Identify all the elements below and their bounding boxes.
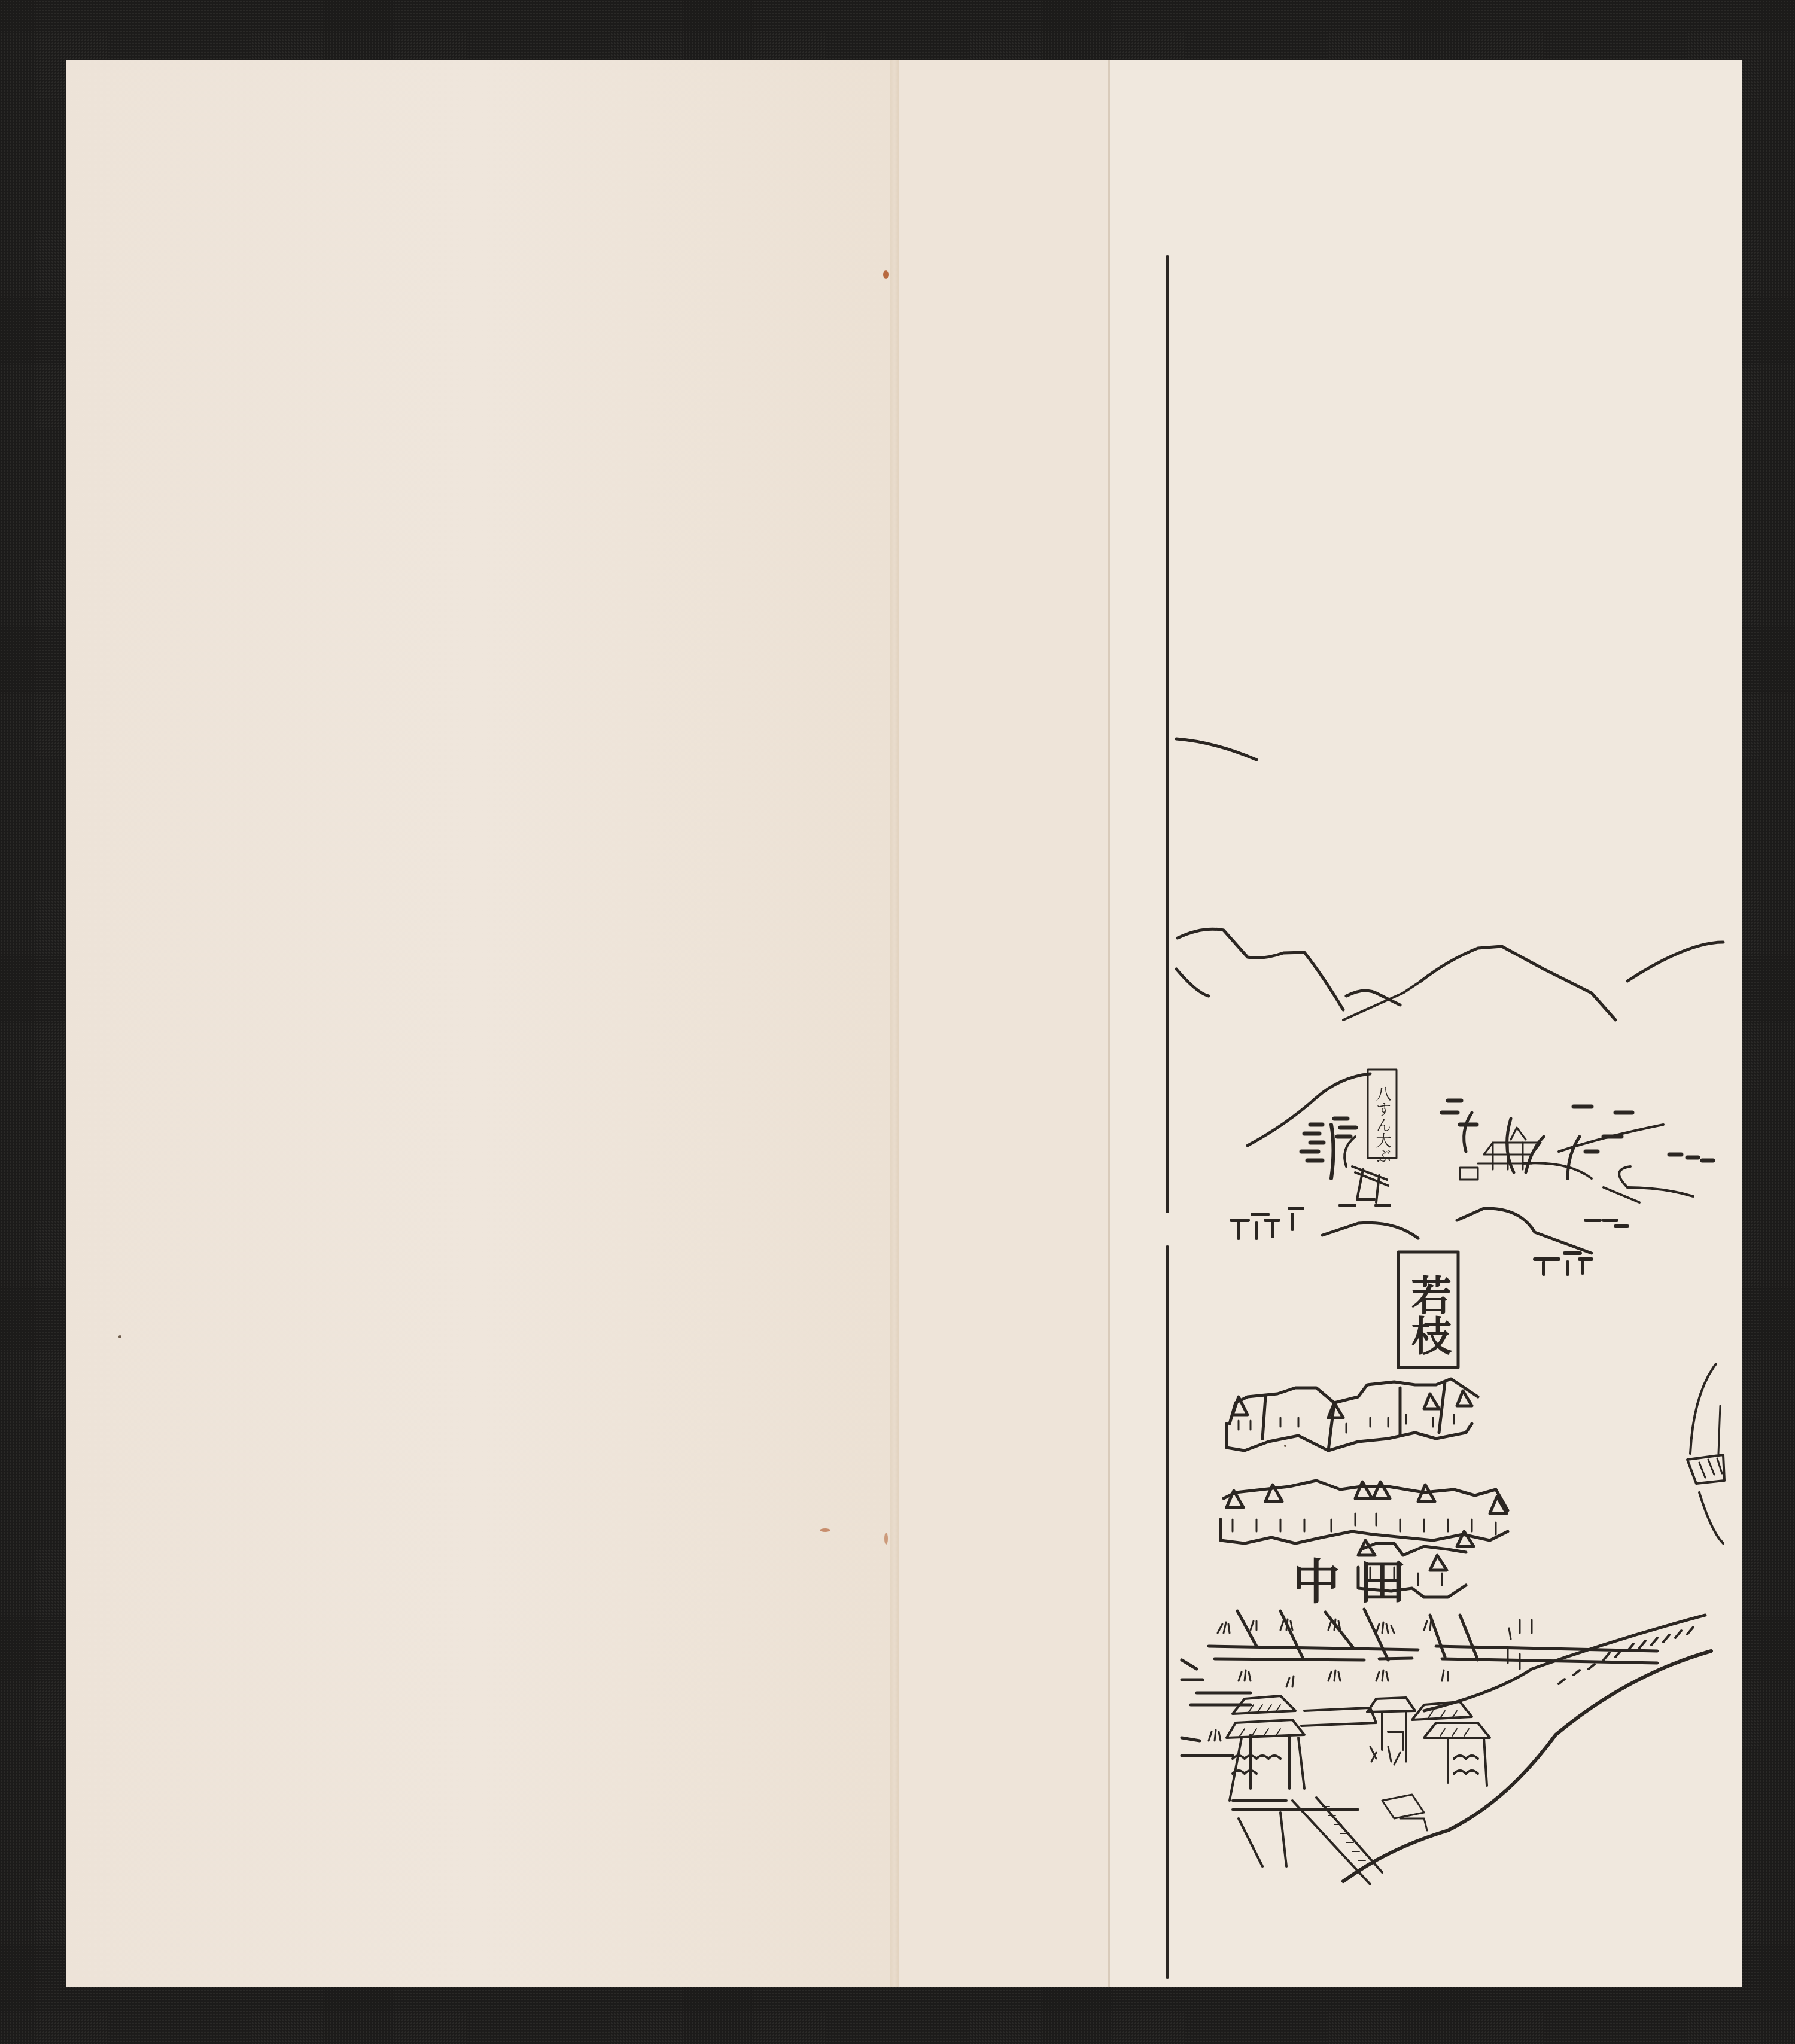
shrine-label: 八すん大ぶ (1373, 1086, 1391, 1163)
house-row-upper (1227, 1379, 1478, 1451)
castle (1227, 1696, 1490, 1884)
river-bank-lower (1343, 1651, 1711, 1881)
village-label-nakata: 中田 (1292, 1553, 1424, 1610)
village-label-wakae: 若枝 (1404, 1274, 1452, 1355)
map-illustration: 八すん大ぶ 若枝 中田 (0, 0, 1795, 2044)
boat (1687, 1455, 1724, 1484)
map-labels: 八すん大ぶ 若枝 中田 (1292, 1086, 1452, 1610)
